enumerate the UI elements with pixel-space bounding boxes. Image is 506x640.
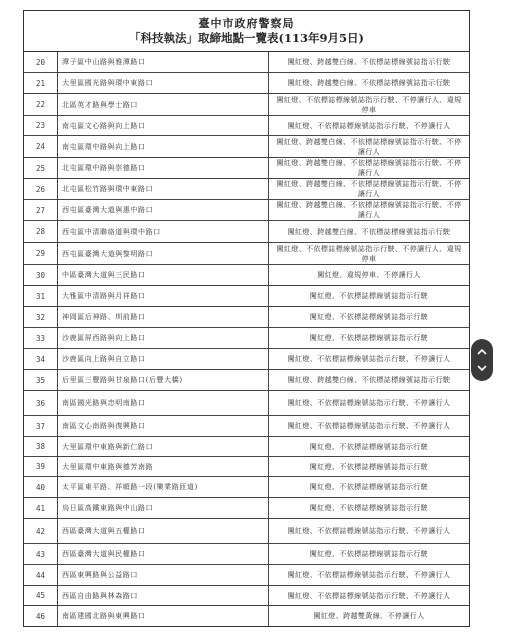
row-violations: 闖紅燈、不依標誌標線號誌指示行駛 bbox=[269, 328, 469, 348]
row-number: 45 bbox=[24, 586, 58, 605]
table-row: 24南屯區環中路與向上路口闖紅燈、跨越雙白線、不依標誌標線號誌指示行駛、不停讓行… bbox=[24, 136, 469, 158]
row-location: 烏日區高鐵東路與中山路口 bbox=[58, 498, 269, 518]
table-row: 32神岡區后神路、圳前路口闖紅燈、不依標誌標線號誌指示行駛 bbox=[24, 307, 469, 328]
row-number: 42 bbox=[24, 519, 58, 543]
row-violations: 闖紅燈、跨越雙白線、不依標誌標線號誌指示行駛、不停讓行人 bbox=[269, 136, 469, 157]
row-number: 28 bbox=[24, 221, 58, 242]
page-scroll-control bbox=[471, 339, 493, 381]
table-row: 36南區國光路與忠明南路口闖紅燈、不依標誌標線號誌指示行駛、不停讓行人 bbox=[24, 391, 469, 416]
row-location: 中區臺灣大道與三民路口 bbox=[58, 265, 269, 285]
table-row: 26北屯區松竹路與環中東路口闖紅燈、跨越雙白線、不依標誌標線號誌指示行駛、不停讓… bbox=[24, 179, 469, 200]
row-location: 西區自由路與林森路口 bbox=[58, 586, 269, 605]
document-title-list: 「科技執法」取締地點一覽表(113年9月5日) bbox=[129, 31, 364, 45]
row-violations: 闖紅燈、不依標誌標線號誌指示行駛、不停讓行人 bbox=[269, 116, 469, 135]
row-location: 潭子區中山路與雅潭路口 bbox=[58, 52, 269, 72]
row-number: 39 bbox=[24, 457, 58, 476]
table-row: 37南區文心南路與復興路口闖紅燈、不依標誌標線號誌指示行駛、不停讓行人 bbox=[24, 416, 469, 437]
table-row: 35后里區三豐路與甘泉路口(后豐大橋)闖紅燈、跨越雙白線、不依標誌標線號誌指示行… bbox=[24, 370, 469, 391]
row-violations: 闖紅燈、不依標誌標線號誌指示行駛 bbox=[269, 544, 469, 564]
row-violations: 闖紅燈、不依標誌標線號誌指示行駛、不停讓行人 bbox=[269, 519, 469, 543]
row-number: 27 bbox=[24, 200, 58, 220]
row-number: 43 bbox=[24, 544, 58, 564]
row-number: 20 bbox=[24, 52, 58, 72]
table-row: 34沙鹿區向上路與自立路口闖紅燈、不依標誌標線號誌指示行駛、不停讓行人 bbox=[24, 349, 469, 370]
row-violations: 闖紅燈、跨越雙白線、不依標誌標線號誌指示行駛 bbox=[269, 221, 469, 242]
table-row: 20潭子區中山路與雅潭路口闖紅燈、跨越雙白線、不依標誌標線號誌指示行駛 bbox=[24, 52, 469, 73]
row-location: 南區文心南路與復興路口 bbox=[58, 416, 269, 436]
row-location: 太平區東平路、祥順路一段(樂業路匝道) bbox=[58, 477, 269, 497]
row-number: 22 bbox=[24, 94, 58, 115]
row-number: 32 bbox=[24, 307, 58, 327]
row-location: 神岡區后神路、圳前路口 bbox=[58, 307, 269, 327]
table-row: 29西屯區臺灣大道與黎明路口闖紅燈、不依標誌標線號誌指示行駛、不停讓行人、違規停… bbox=[24, 243, 469, 265]
row-number: 38 bbox=[24, 437, 58, 456]
row-location: 西屯區中清聯絡道與環中路口 bbox=[58, 221, 269, 242]
row-location: 南區建國北路與東興路口 bbox=[58, 606, 269, 626]
row-number: 21 bbox=[24, 73, 58, 93]
row-location: 西屯區臺灣大道與惠中路口 bbox=[58, 200, 269, 220]
table-row: 23南屯區文心路與向上路口闖紅燈、不依標誌標線號誌指示行駛、不停讓行人 bbox=[24, 116, 469, 136]
table-row: 39大里區環中東路與德芳南路闖紅燈、不依標誌標線號誌指示行駛 bbox=[24, 457, 469, 477]
row-location: 大雅區中清路與月祥路口 bbox=[58, 286, 269, 306]
table-row: 38大里區環中東路與新仁路口闖紅燈、不依標誌標線號誌指示行駛 bbox=[24, 437, 469, 457]
row-violations: 闖紅燈、不依標誌標線號誌指示行駛 bbox=[269, 498, 469, 518]
row-violations: 闖紅燈、不依標誌標線號誌指示行駛 bbox=[269, 477, 469, 497]
table-row: 46南區建國北路與東興路口闖紅燈、跨越雙黃線、不停讓行人 bbox=[24, 606, 469, 626]
row-location: 大里區國光路與環中東路口 bbox=[58, 73, 269, 93]
row-number: 35 bbox=[24, 370, 58, 390]
row-violations: 闖紅燈、違規停車、不停讓行人 bbox=[269, 265, 469, 285]
table-row: 21大里區國光路與環中東路口闖紅燈、跨越雙白線、不依標誌標線號誌指示行駛 bbox=[24, 73, 469, 94]
row-violations: 闖紅燈、跨越雙白線、不依標誌標線號誌指示行駛 bbox=[269, 52, 469, 72]
row-number: 34 bbox=[24, 349, 58, 369]
table-row: 45西區自由路與林森路口闖紅燈、不依標誌標線號誌指示行駛、不停讓行人 bbox=[24, 586, 469, 606]
row-number: 30 bbox=[24, 265, 58, 285]
row-violations: 闖紅燈、跨越雙白線、不依標誌標線號誌指示行駛、不停讓行人 bbox=[269, 158, 469, 178]
row-violations: 闖紅燈、不依標誌標線號誌指示行駛、不停讓行人 bbox=[269, 391, 469, 415]
document-header: 臺中市政府警察局 「科技執法」取締地點一覽表(113年9月5日) bbox=[24, 11, 469, 52]
row-number: 41 bbox=[24, 498, 58, 518]
row-location: 后里區三豐路與甘泉路口(后豐大橋) bbox=[58, 370, 269, 390]
row-violations: 闖紅燈、不依標誌標線號誌指示行駛 bbox=[269, 437, 469, 456]
row-location: 南屯區環中路與向上路口 bbox=[58, 136, 269, 157]
row-violations: 闖紅燈、跨越雙白線、不依標誌標線號誌指示行駛、不停讓行人 bbox=[269, 200, 469, 220]
row-number: 44 bbox=[24, 565, 58, 585]
table-row: 44西區東興路與公益路口闖紅燈、不依標誌標線號誌指示行駛、不停讓行人 bbox=[24, 565, 469, 586]
row-violations: 闖紅燈、不依標誌標線號誌指示行駛、不停讓行人 bbox=[269, 565, 469, 585]
chevron-up-icon[interactable] bbox=[477, 348, 487, 355]
table-row: 22北區英才路與學士路口闖紅燈、不依標誌標線號誌指示行駛、不停讓行人、違規停車 bbox=[24, 94, 469, 116]
row-location: 西區臺灣大道與五權路口 bbox=[58, 519, 269, 543]
row-violations: 闖紅燈、不依標誌標線號誌指示行駛、不停讓行人、違規停車 bbox=[269, 243, 469, 264]
row-violations: 闖紅燈、跨越雙白線、不依標誌標線號誌指示行駛、不停讓行人 bbox=[269, 179, 469, 199]
row-violations: 闖紅燈、不依標誌標線號誌指示行駛、不停讓行人 bbox=[269, 586, 469, 605]
row-location: 北屯區松竹路與環中東路口 bbox=[58, 179, 269, 199]
row-violations: 闖紅燈、不依標誌標線號誌指示行駛、不停讓行人 bbox=[269, 416, 469, 436]
row-number: 23 bbox=[24, 116, 58, 135]
table-row: 28西屯區中清聯絡道與環中路口闖紅燈、跨越雙白線、不依標誌標線號誌指示行駛 bbox=[24, 221, 469, 243]
row-violations: 闖紅燈、跨越雙黃線、不停讓行人 bbox=[269, 606, 469, 626]
row-number: 37 bbox=[24, 416, 58, 436]
chevron-down-icon[interactable] bbox=[477, 365, 487, 372]
table-body: 20潭子區中山路與雅潭路口闖紅燈、跨越雙白線、不依標誌標線號誌指示行駛21大里區… bbox=[24, 52, 469, 626]
row-violations: 闖紅燈、跨越雙白線、不依標誌標線號誌指示行駛 bbox=[269, 370, 469, 390]
enforcement-locations-table: 臺中市政府警察局 「科技執法」取締地點一覽表(113年9月5日) 20潭子區中山… bbox=[23, 10, 470, 627]
row-location: 沙鹿區向上路與自立路口 bbox=[58, 349, 269, 369]
row-violations: 闖紅燈、不依標誌標線號誌指示行駛、不停讓行人 bbox=[269, 349, 469, 369]
row-location: 大里區環中東路與德芳南路 bbox=[58, 457, 269, 476]
table-row: 42西區臺灣大道與五權路口闖紅燈、不依標誌標線號誌指示行駛、不停讓行人 bbox=[24, 519, 469, 544]
table-row: 30中區臺灣大道與三民路口闖紅燈、違規停車、不停讓行人 bbox=[24, 265, 469, 286]
row-number: 31 bbox=[24, 286, 58, 306]
row-location: 大里區環中東路與新仁路口 bbox=[58, 437, 269, 456]
row-number: 46 bbox=[24, 606, 58, 626]
row-number: 25 bbox=[24, 158, 58, 178]
row-location: 西區臺灣大道與民權路口 bbox=[58, 544, 269, 564]
row-number: 29 bbox=[24, 243, 58, 264]
table-row: 27西屯區臺灣大道與惠中路口闖紅燈、跨越雙白線、不依標誌標線號誌指示行駛、不停讓… bbox=[24, 200, 469, 221]
table-row: 31大雅區中清路與月祥路口闖紅燈、不依標誌標線號誌指示行駛 bbox=[24, 286, 469, 307]
table-row: 43西區臺灣大道與民權路口闖紅燈、不依標誌標線號誌指示行駛 bbox=[24, 544, 469, 565]
table-row: 41烏日區高鐵東路與中山路口闖紅燈、不依標誌標線號誌指示行駛 bbox=[24, 498, 469, 519]
row-number: 40 bbox=[24, 477, 58, 497]
table-row: 25北屯區環中路與崇德路口闖紅燈、跨越雙白線、不依標誌標線號誌指示行駛、不停讓行… bbox=[24, 158, 469, 179]
row-violations: 闖紅燈、不依標誌標線號誌指示行駛、不停讓行人、違規停車 bbox=[269, 94, 469, 115]
row-violations: 闖紅燈、不依標誌標線號誌指示行駛 bbox=[269, 307, 469, 327]
row-number: 33 bbox=[24, 328, 58, 348]
row-location: 北屯區環中路與崇德路口 bbox=[58, 158, 269, 178]
row-location: 西區東興路與公益路口 bbox=[58, 565, 269, 585]
document-title-agency: 臺中市政府警察局 bbox=[199, 17, 295, 31]
row-location: 南區國光路與忠明南路口 bbox=[58, 391, 269, 415]
row-location: 西屯區臺灣大道與黎明路口 bbox=[58, 243, 269, 264]
row-number: 24 bbox=[24, 136, 58, 157]
row-violations: 闖紅燈、不依標誌標線號誌指示行駛 bbox=[269, 286, 469, 306]
row-violations: 闖紅燈、不依標誌標線號誌指示行駛 bbox=[269, 457, 469, 476]
row-location: 沙鹿區屏西路與向上路口 bbox=[58, 328, 269, 348]
table-row: 40太平區東平路、祥順路一段(樂業路匝道)闖紅燈、不依標誌標線號誌指示行駛 bbox=[24, 477, 469, 498]
row-location: 南屯區文心路與向上路口 bbox=[58, 116, 269, 135]
row-violations: 闖紅燈、跨越雙白線、不依標誌標線號誌指示行駛 bbox=[269, 73, 469, 93]
table-row: 33沙鹿區屏西路與向上路口闖紅燈、不依標誌標線號誌指示行駛 bbox=[24, 328, 469, 349]
row-number: 36 bbox=[24, 391, 58, 415]
row-number: 26 bbox=[24, 179, 58, 199]
row-location: 北區英才路與學士路口 bbox=[58, 94, 269, 115]
